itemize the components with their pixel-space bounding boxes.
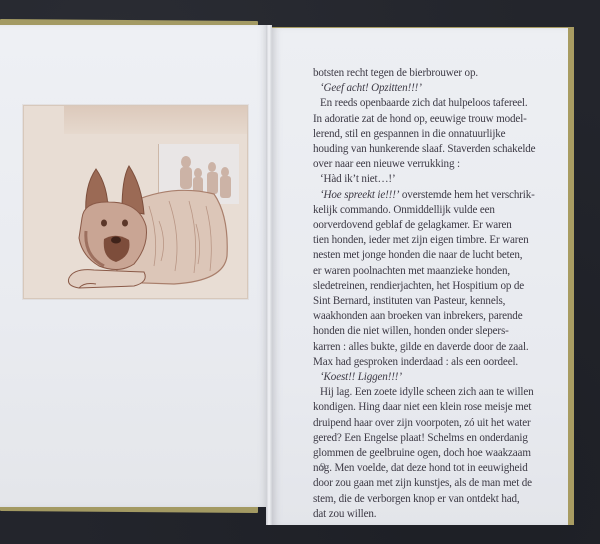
italic-text: ‘Koest!! Liggen!!!’: [320, 371, 402, 383]
text-line: stem, die de verborgen knop er van ontde…: [313, 492, 513, 507]
dog-illustration: [23, 105, 248, 299]
text-line: Sint Bernard, instituten van Pasteur, ke…: [313, 294, 513, 309]
text-line: tien honden, ieder met zijn eigen timbre…: [313, 233, 513, 248]
text-line: karren : alles bukte, gilde en daverde d…: [313, 340, 513, 355]
text-line: glommen de geelbruine ogen, doch hoe waa…: [313, 446, 513, 461]
text-line: ‘Hoe spreekt ie!!!’ overstemde hem het v…: [313, 188, 513, 203]
text-line: Max had gesproken inderdaad : als een oo…: [313, 355, 513, 370]
text-line: over naar een nieuwe verrukking :: [313, 157, 513, 172]
text-line: gered? Een Engelse plaat! Schelms en ond…: [313, 431, 513, 446]
italic-text: ‘Geef acht! Opzitten!!!’: [320, 82, 422, 94]
text-line: oorverdovend geblaf de gelagkamer. Er wa…: [313, 218, 513, 233]
text-line: In adoratie zat de hond op, eeuwige trou…: [313, 112, 513, 127]
text-line: nesten met jonge honden die naar de luch…: [313, 248, 513, 263]
text-line: Hij lag. Een zoete idylle scheen zich aa…: [313, 385, 513, 400]
text-line: nog. Men voelde, dat deze hond tot in ee…: [313, 461, 513, 476]
text-line: lerend, stil en gespannen in die onnatuu…: [313, 127, 513, 142]
dog-drawing-icon: [24, 106, 247, 298]
text-line: waakhonden aan broeken van inbrekers, pa…: [313, 309, 513, 324]
text-line: honden die niet willen, honden onder sle…: [313, 324, 513, 339]
text-line: door zou gaan met zijn kunstjes, als de …: [313, 476, 513, 491]
body-text: botsten recht tegen de bierbrouwer op. ‘…: [313, 66, 513, 522]
text-line: kelijk commando. Onmiddellijk vulde een: [313, 203, 513, 218]
italic-text: ‘Hoe spreekt ie!!!’: [320, 189, 399, 201]
text-line: ‘Geef acht! Opzitten!!!’: [313, 81, 513, 96]
text-line: dat zou willen.: [313, 507, 513, 522]
text-line: er waren poolnachten met maanzieke honde…: [313, 264, 513, 279]
text-line: ‘Hàd ik’t niet…!’: [313, 172, 513, 187]
text-span: overstemde hem het verschrik-: [399, 189, 534, 201]
text-line: sledetreinen, rendierjachten, het Hospit…: [313, 279, 513, 294]
text-line: En reeds openbaarde zich dat hulpeloos t…: [313, 96, 513, 111]
page-number: 9: [320, 461, 326, 473]
text-line: houding van hunkerende slaaf. Staverden …: [313, 142, 513, 157]
text-line: ‘Koest!! Liggen!!!’: [313, 370, 513, 385]
text-line: botsten recht tegen de bierbrouwer op.: [313, 66, 513, 81]
book-gutter: [266, 25, 272, 525]
text-line: kondigen. Hing daar niet een klein rose …: [313, 400, 513, 415]
text-line: druipend haar over zijn voorpoten, zó ui…: [313, 416, 513, 431]
